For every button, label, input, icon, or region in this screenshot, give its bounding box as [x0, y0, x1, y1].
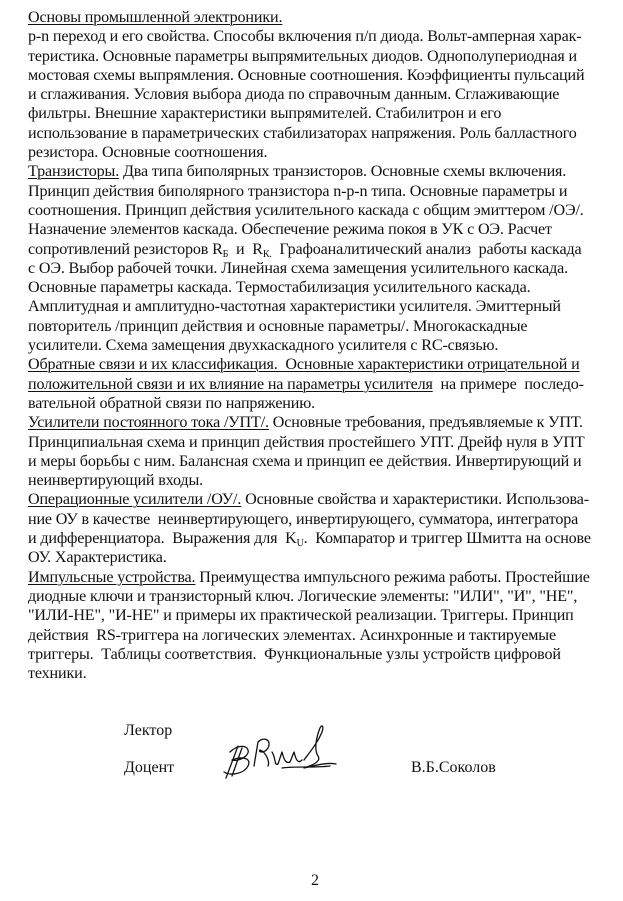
- page-number: 2: [311, 872, 319, 890]
- role-lecturer: Лектор: [124, 722, 172, 740]
- handwritten-signature-icon: [218, 722, 358, 782]
- signature-block: Лектор Доцент В.Б.Соколов: [0, 0, 623, 901]
- signatory-name: В.Б.Соколов: [411, 759, 496, 777]
- role-docent: Доцент: [124, 759, 174, 777]
